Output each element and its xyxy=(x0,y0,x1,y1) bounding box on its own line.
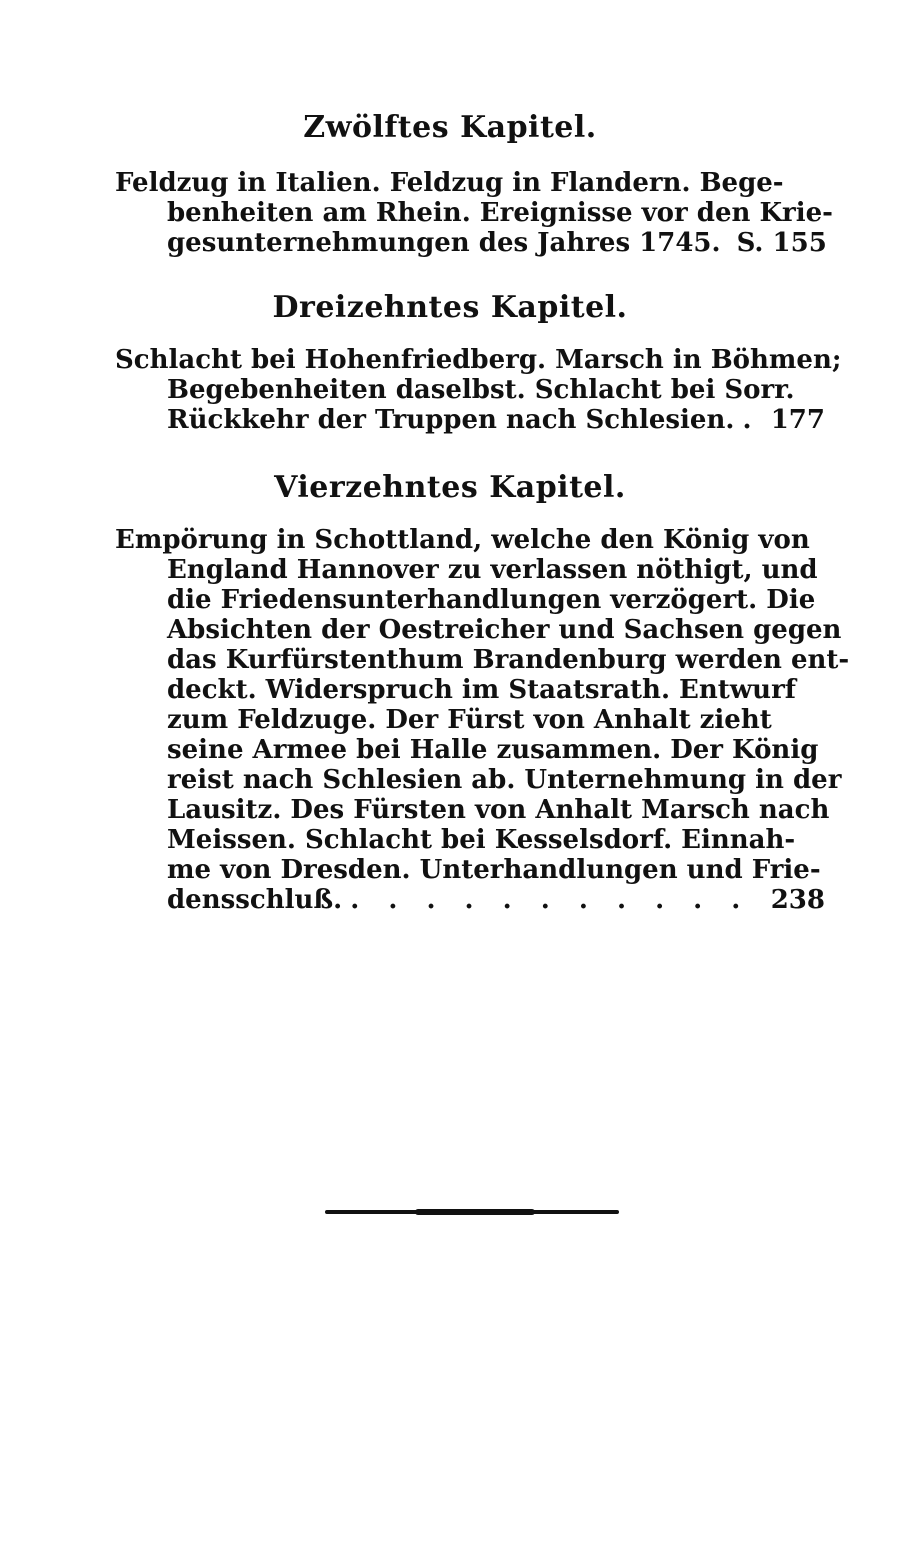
entry-line: densschluß. . . . . . . . . . . . . 238 xyxy=(115,885,825,915)
entry-text: Empörung in Schottland, welche den König… xyxy=(115,525,810,555)
dot-leader: . . xyxy=(742,405,762,435)
decorative-rule xyxy=(325,1210,619,1214)
entry-line: gesunternehmungen des Jahres 1745. . . S… xyxy=(115,228,825,258)
entry-text: Begebenheiten daselbst. Schlacht bei Sor… xyxy=(167,375,795,405)
entry-text: Feldzug in Italien. Feldzug in Flandern.… xyxy=(115,168,784,198)
entry-line: deckt. Widerspruch im Staatsrath. Entwur… xyxy=(115,675,825,705)
chapter-heading-13: Dreizehntes Kapitel. xyxy=(0,290,900,326)
entry-line: reist nach Schlesien ab. Unternehmung in… xyxy=(115,765,825,795)
entry-line: Feldzug in Italien. Feldzug in Flandern.… xyxy=(115,168,825,198)
entry-text: Meissen. Schlacht bei Kesselsdorf. Einna… xyxy=(167,825,795,855)
entry-text: deckt. Widerspruch im Staatsrath. Entwur… xyxy=(167,675,796,705)
entry-line: Schlacht bei Hohenfriedberg. Marsch in B… xyxy=(115,345,825,375)
entry-text: benheiten am Rhein. Ereignisse vor den K… xyxy=(167,198,833,228)
toc-entry-chapter-14: Empörung in Schottland, welche den König… xyxy=(115,525,825,915)
entry-text: Lausitz. Des Fürsten von Anhalt Marsch n… xyxy=(167,795,829,825)
entry-line: das Kurfürstenthum Brandenburg werden en… xyxy=(115,645,825,675)
entry-line: Lausitz. Des Fürsten von Anhalt Marsch n… xyxy=(115,795,825,825)
entry-line: seine Armee bei Halle zusammen. Der Köni… xyxy=(115,735,825,765)
entry-text: Schlacht bei Hohenfriedberg. Marsch in B… xyxy=(115,345,841,375)
entry-line: England Hannover zu verlassen nöthigt, u… xyxy=(115,555,825,585)
entry-text: Rückkehr der Truppen nach Schlesien. xyxy=(167,405,734,435)
chapter-heading-14: Vierzehntes Kapitel. xyxy=(0,470,900,506)
dot-leader: . . . . . . . . . . . . xyxy=(350,885,762,915)
entry-line: Rückkehr der Truppen nach Schlesien. . .… xyxy=(115,405,825,435)
entry-text: zum Feldzuge. Der Fürst von Anhalt zieht xyxy=(167,705,772,735)
entry-line: Meissen. Schlacht bei Kesselsdorf. Einna… xyxy=(115,825,825,855)
entry-text: das Kurfürstenthum Brandenburg werden en… xyxy=(167,645,849,675)
entry-line: me von Dresden. Unterhandlungen und Frie… xyxy=(115,855,825,885)
page-number: S. 155 xyxy=(737,228,827,258)
toc-entry-chapter-12: Feldzug in Italien. Feldzug in Flandern.… xyxy=(115,168,825,258)
page-number: 177 xyxy=(771,405,825,435)
toc-entry-chapter-13: Schlacht bei Hohenfriedberg. Marsch in B… xyxy=(115,345,825,435)
entry-text: densschluß. xyxy=(167,885,342,915)
chapter-heading-12: Zwölftes Kapitel. xyxy=(0,110,900,146)
entry-text: die Friedensunterhandlungen verzögert. D… xyxy=(167,585,815,615)
entry-line: Begebenheiten daselbst. Schlacht bei Sor… xyxy=(115,375,825,405)
entry-line: Absichten der Oestreicher und Sachsen ge… xyxy=(115,615,825,645)
entry-text: Absichten der Oestreicher und Sachsen ge… xyxy=(167,615,841,645)
entry-line: Empörung in Schottland, welche den König… xyxy=(115,525,825,555)
entry-text: England Hannover zu verlassen nöthigt, u… xyxy=(167,555,818,585)
entry-line: benheiten am Rhein. Ereignisse vor den K… xyxy=(115,198,825,228)
entry-line: zum Feldzuge. Der Fürst von Anhalt zieht xyxy=(115,705,825,735)
entry-text: reist nach Schlesien ab. Unternehmung in… xyxy=(167,765,841,795)
entry-line: die Friedensunterhandlungen verzögert. D… xyxy=(115,585,825,615)
book-page: Zwölftes Kapitel. Feldzug in Italien. Fe… xyxy=(0,0,900,1563)
page-number: 238 xyxy=(771,885,825,915)
entry-text: seine Armee bei Halle zusammen. Der Köni… xyxy=(167,735,818,765)
entry-text: me von Dresden. Unterhandlungen und Frie… xyxy=(167,855,821,885)
entry-text: gesunternehmungen des Jahres 1745. xyxy=(167,228,721,258)
